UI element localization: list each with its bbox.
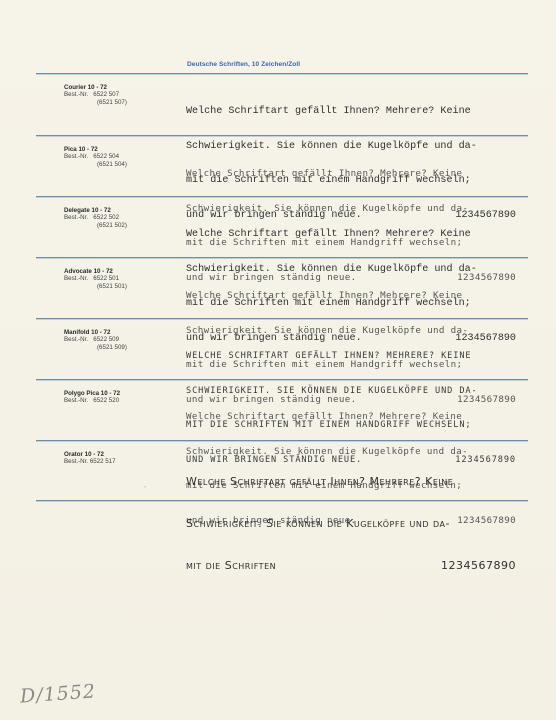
font-row-advocate: Advocate 10 - 72 Best.-Nr. 6522 501 (652… xyxy=(36,258,528,318)
font-row-delegate: Delegate 10 - 72 Best.-Nr. 6522 502 (652… xyxy=(36,197,528,257)
font-label: Courier 10 - 72 Best.-Nr. 6522 507 (6521… xyxy=(64,84,174,106)
order-no: 6522 507 xyxy=(93,91,119,98)
font-label: Orator 10 - 72 Best.-Nr. 6522 517 xyxy=(64,451,174,466)
alt-order-number: (6521 502) xyxy=(64,222,174,229)
font-name: Orator 10 - 72 xyxy=(64,451,174,458)
alt-order-number: (6521 507) xyxy=(64,99,174,106)
order-no: 6522 501 xyxy=(93,275,119,282)
font-name: Advocate 10 - 72 xyxy=(64,268,174,275)
order-label: Best.-Nr. xyxy=(64,397,88,404)
order-label: Best.-Nr. xyxy=(64,458,88,465)
handwritten-note: D/1552 xyxy=(19,680,96,707)
order-no: 6522 520 xyxy=(93,397,119,404)
sample-line: Welche Schriftart gefällt Ihnen? Mehrere… xyxy=(186,475,516,489)
alt-order-number: (6521 509) xyxy=(64,344,174,351)
order-number: Best.-Nr. 6522 504 xyxy=(64,153,174,160)
sample-line: Welche Schriftart gefällt Ihnen? Mehrere… xyxy=(186,168,516,180)
order-number: Best.-Nr. 6522 520 xyxy=(64,397,174,404)
sample-line: Welche Schriftart gefällt Ihnen? Mehrere… xyxy=(186,229,516,241)
font-row-orator: Orator 10 - 72 Best.-Nr. 6522 517 Welche… xyxy=(36,441,528,501)
order-number: Best.-Nr. 6522 507 xyxy=(64,91,174,98)
order-label: Best.-Nr. xyxy=(64,153,88,160)
order-number: Best.-Nr. 6522 501 xyxy=(64,275,174,282)
order-label: Best.-Nr. xyxy=(64,91,88,98)
catalog-page: Deutsche Schriften, 10 Zeichen/Zoll Cour… xyxy=(0,0,556,720)
order-label: Best.-Nr. xyxy=(64,336,88,343)
sample-line: Welche Schriftart gefällt Ihnen? Mehrere… xyxy=(186,412,516,424)
order-no: 6522 502 xyxy=(93,214,119,221)
order-no: 6522 517 xyxy=(90,458,116,465)
sample-line: Welche Schriftart gefällt Ihnen? Mehrere… xyxy=(186,106,516,118)
font-name: Manifold 10 - 72 xyxy=(64,329,174,336)
font-name: Polygo Pica 10 - 72 xyxy=(64,390,174,397)
sample-line: WELCHE SCHRIFTART GEFÄLLT IHNEN? MEHRERE… xyxy=(186,351,516,363)
sample-line: Schwierigkeit. Sie können die Kugelköpfe… xyxy=(186,517,516,531)
font-name: Courier 10 - 72 xyxy=(64,84,174,91)
order-no: 6522 509 xyxy=(93,336,119,343)
sample-digits: 1234567890 xyxy=(441,559,516,573)
order-number: Best.-Nr. 6522 502 xyxy=(64,214,174,221)
divider xyxy=(36,500,528,501)
font-label: Pica 10 - 72 Best.-Nr. 6522 504 (6521 50… xyxy=(64,146,174,168)
font-row-pica: Pica 10 - 72 Best.-Nr. 6522 504 (6521 50… xyxy=(36,136,528,196)
stray-mark: ˋ xyxy=(144,487,146,494)
font-row-polygo-pica: Polygo Pica 10 - 72 Best.-Nr. 6522 520 W… xyxy=(36,380,528,440)
font-row-manifold: Manifold 10 - 72 Best.-Nr. 6522 509 (652… xyxy=(36,319,528,379)
alt-order-number: (6521 501) xyxy=(64,283,174,290)
order-number: Best.-Nr. 6522 509 xyxy=(64,336,174,343)
font-label: Polygo Pica 10 - 72 Best.-Nr. 6522 520 xyxy=(64,390,174,405)
order-number: Best.-Nr. 6522 517 xyxy=(64,458,174,465)
page-title: Deutsche Schriften, 10 Zeichen/Zoll xyxy=(187,61,300,68)
order-no: 6522 504 xyxy=(93,153,119,160)
font-label: Delegate 10 - 72 Best.-Nr. 6522 502 (652… xyxy=(64,207,174,229)
sample-line: mit die Schriften xyxy=(186,559,276,573)
order-label: Best.-Nr. xyxy=(64,214,88,221)
font-label: Manifold 10 - 72 Best.-Nr. 6522 509 (652… xyxy=(64,329,174,351)
font-sample: Welche Schriftart gefällt Ihnen? Mehrere… xyxy=(186,447,516,601)
font-name: Pica 10 - 72 xyxy=(64,146,174,153)
font-row-courier: Courier 10 - 72 Best.-Nr. 6522 507 (6521… xyxy=(36,74,528,134)
order-label: Best.-Nr. xyxy=(64,275,88,282)
font-name: Delegate 10 - 72 xyxy=(64,207,174,214)
sample-line: Welche Schriftart gefällt Ihnen? Mehrere… xyxy=(186,290,516,302)
alt-order-number: (6521 504) xyxy=(64,161,174,168)
font-label: Advocate 10 - 72 Best.-Nr. 6522 501 (652… xyxy=(64,268,174,290)
